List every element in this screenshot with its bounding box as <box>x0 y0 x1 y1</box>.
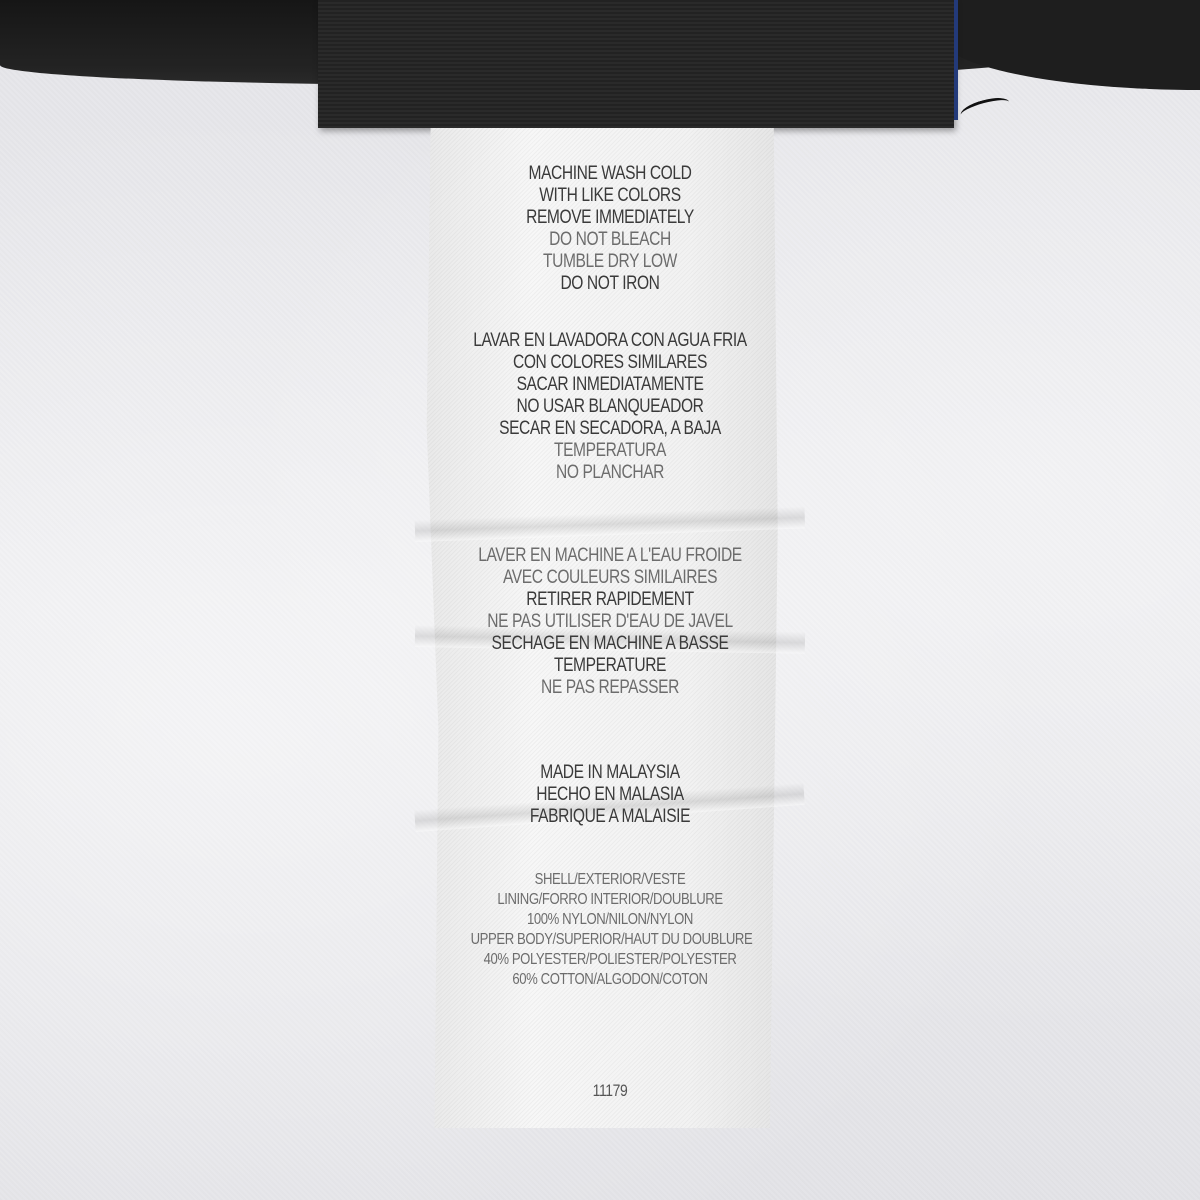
label-line: TEMPERATURE <box>471 655 750 677</box>
tab-blue-edge <box>954 0 958 120</box>
label-line: FABRIQUE A MALAISIE <box>471 806 750 828</box>
label-line: HECHO EN MALASIA <box>471 784 750 806</box>
label-code: 11179 <box>471 1080 750 1102</box>
label-line: NE PAS UTILISER D'EAU DE JAVEL <box>471 611 750 633</box>
label-line: 60% COTTON/ALGODON/COTON <box>471 970 750 990</box>
label-line: NO PLANCHAR <box>471 462 750 484</box>
label-line: CON COLORES SIMILARES <box>471 352 750 374</box>
label-line: WITH LIKE COLORS <box>471 185 750 207</box>
label-line: SECAR EN SECADORA, A BAJA <box>471 418 750 440</box>
label-line: 100% NYLON/NILON/NYLON <box>471 910 750 930</box>
label-line: AVEC COULEURS SIMILAIRES <box>471 567 750 589</box>
label-line: LAVAR EN LAVADORA CON AGUA FRIA <box>471 330 750 352</box>
label-line: LAVER EN MACHINE A L'EAU FROIDE <box>471 545 750 567</box>
label-line: RETIRER RAPIDEMENT <box>471 589 750 611</box>
label-line: SECHAGE EN MACHINE A BASSE <box>471 633 750 655</box>
black-brand-tab <box>318 0 954 128</box>
label-line: NO USAR BLANQUEADOR <box>471 396 750 418</box>
label-line: SHELL/EXTERIOR/VESTE <box>471 870 750 890</box>
label-line: DO NOT IRON <box>471 273 750 295</box>
label-line: MADE IN MALAYSIA <box>471 762 750 784</box>
care-instructions-spanish: LAVAR EN LAVADORA CON AGUA FRIA CON COLO… <box>471 330 750 484</box>
label-line: TUMBLE DRY LOW <box>471 251 750 273</box>
care-instructions-english: MACHINE WASH COLD WITH LIKE COLORS REMOV… <box>471 163 750 295</box>
fabric-composition: SHELL/EXTERIOR/VESTE LINING/FORRO INTERI… <box>471 870 750 990</box>
label-line: 40% POLYESTER/POLIESTER/POLYESTER <box>471 950 750 970</box>
country-of-origin: MADE IN MALAYSIA HECHO EN MALASIA FABRIQ… <box>471 762 750 828</box>
label-code-number: 11179 <box>471 1080 750 1102</box>
label-line: LINING/FORRO INTERIOR/DOUBLURE <box>471 890 750 910</box>
label-line: TEMPERATURA <box>471 440 750 462</box>
label-line: DO NOT BLEACH <box>471 229 750 251</box>
label-line: MACHINE WASH COLD <box>471 163 750 185</box>
care-instructions-french: LAVER EN MACHINE A L'EAU FROIDE AVEC COU… <box>471 545 750 699</box>
label-line: REMOVE IMMEDIATELY <box>471 207 750 229</box>
label-line: UPPER BODY/SUPERIOR/HAUT DU DOUBLURE <box>471 930 750 950</box>
label-line: SACAR INMEDIATAMENTE <box>471 374 750 396</box>
label-line: NE PAS REPASSER <box>471 677 750 699</box>
